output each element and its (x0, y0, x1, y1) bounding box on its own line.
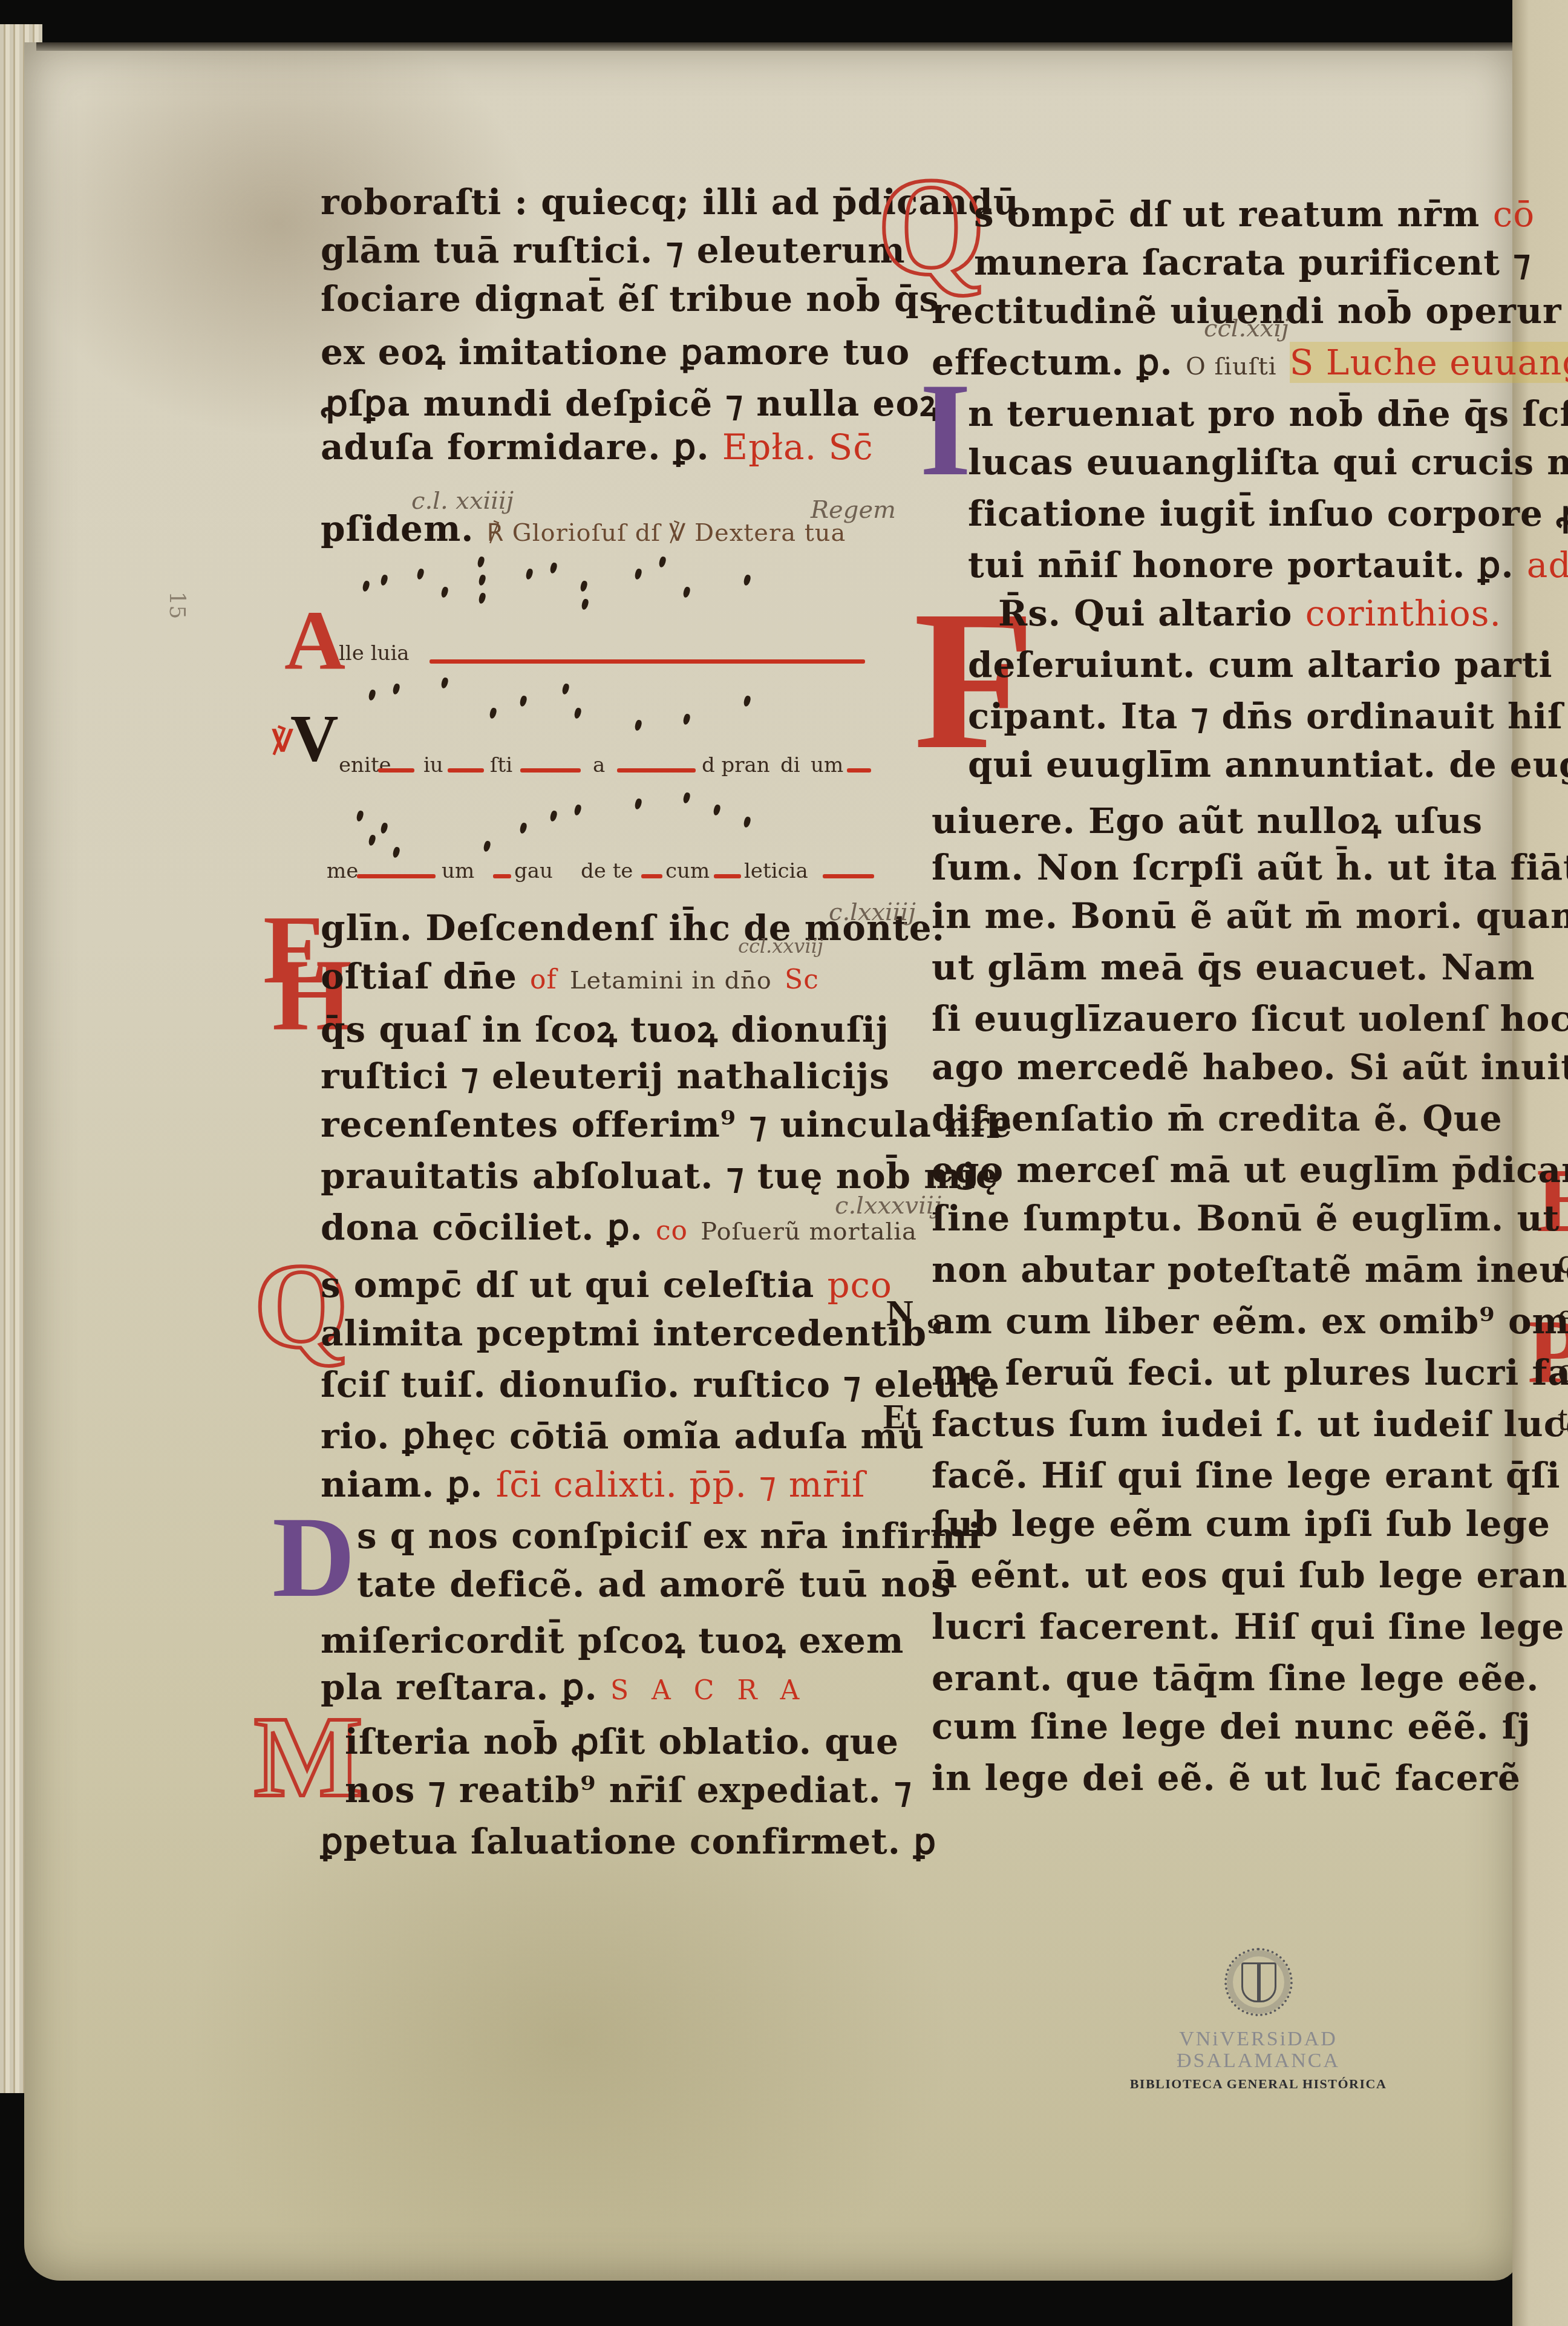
text-line: tate deficẽ. ad amorẽ tuū nos (357, 1564, 952, 1605)
chant-text: lle luia (339, 641, 410, 665)
text-line: ꝓſꝑa mundi deſpicẽ ⁊ nulla eoꝝ (321, 378, 941, 426)
text-line: niam. ꝑ. ſc̄i calixti. p̄p̄. ⁊ mr̄iſ (321, 1464, 865, 1505)
text-line: ſub lege eẽm cum ipſi ſub lege (932, 1503, 1550, 1544)
text-line: ut glām meā q̄s euacuet. Nam (932, 947, 1535, 988)
text-line: recenſentes offerim⁹ ⁊ uincula nr̄e (321, 1104, 1013, 1145)
text-line: s q nos conſpiciſ ex nr̄a infirmi (357, 1515, 982, 1557)
sacra-rubric: S A C R A (610, 1675, 806, 1706)
text-line: pſidem. ℟ Glorioſuſ dſ ℣ Dextera tua (321, 508, 846, 549)
text-line: tui nn̄iſ honore portauit. ꝑ. ad (968, 544, 1568, 586)
text-line: erant. que tāq̄m ſine lege eẽe. (932, 1658, 1539, 1699)
neume-row (321, 544, 865, 617)
text-line: cipant. Ita ⁊ dn̄s ordinauit hiſ (968, 696, 1563, 737)
rubric: of (530, 964, 557, 995)
margin-note: Regem (811, 496, 896, 524)
gradual-incipit: ℟ Glorioſuſ dſ ℣ Dextera tua (487, 519, 846, 547)
text-line: lucas euuangliſta qui crucis morti (968, 442, 1568, 483)
text-line: n teruenıat pro nob̄ dn̄e q̄s ſcſ tuus (968, 393, 1568, 434)
watermark-city: ÐSALAMANCA (1113, 2050, 1403, 2072)
text-line: ficatione iugit̄ inſuo corpore ꝓ (968, 493, 1568, 534)
text-line: ſine ſumptu. Bonū ẽ euglīm. ut (932, 1198, 1560, 1239)
text-line: cum ſine lege dei nunc eẽẽ. ſj (932, 1706, 1531, 1747)
text-line: iſteria nob̄ ꝓſit oblatio. que (345, 1721, 899, 1762)
text-line: in lege dei eẽ. ẽ ut luc̄ facerẽ (932, 1757, 1521, 1798)
text-line: uiuere. Ego aũt nulloꝝ uſus (932, 795, 1483, 843)
watermark-library: BIBLIOTECA GENERAL HISTÓRICA (1113, 2076, 1403, 2092)
feast-rubric: ſc̄i calixti. p̄p̄. ⁊ mr̄iſ (496, 1464, 866, 1505)
initial-a: A (284, 599, 345, 684)
margin-note: c.lxxiiij (829, 898, 916, 926)
text-line: factus ſum iudei ſ. ut iudeiſ lucē (932, 1403, 1568, 1445)
folio-top-edge (36, 42, 1524, 51)
text-line: ſum. Non ſcrpſi aũt h̄. ut ita fiāt (932, 847, 1568, 888)
text-line: munera ſacrata purificent ⁊ (974, 242, 1531, 283)
library-watermark: VNiVERSiDAD ÐSALAMANCA BIBLIOTECA GENERA… (1113, 1948, 1403, 2092)
marginal-letter: N (886, 1295, 913, 1332)
text-line: aduſa formidare. ꝑ. Epła. Sc̄ (321, 426, 874, 468)
text-line: qui euuglīm annuntiat. de euglō (968, 744, 1568, 785)
chant-melisma-line (430, 659, 865, 664)
watermark-university: VNiVERSiDAD (1113, 2028, 1403, 2050)
text-line: ꝑpetua ſaluatione confirmet. ꝑ (321, 1821, 936, 1862)
text-line: ex eoꝝ imitatione ꝑamore tuo (321, 327, 910, 374)
text-line: s ompc̄ dſ ut qui celeſtia pco (321, 1264, 892, 1305)
text-line: effectum. ꝑ. O ſiuſti S Luche euuangliſt… (932, 342, 1568, 383)
folio-number: 15 (165, 592, 189, 619)
text-line: in me. Bonū ẽ aũt m̄ mori. quam (932, 895, 1568, 936)
chant-incipit: O ſiuſti (1186, 353, 1277, 381)
offertory-incipit: Letamini in dn̄o (570, 967, 772, 995)
text-line: s ompc̄ dſ ut reatum nr̄m cō (974, 194, 1535, 235)
initial-q: Q (877, 157, 985, 296)
margin-note: c.l. xxiiij (411, 487, 514, 515)
text-line: rio. ꝑhęc cōtiā omĩa aduſa mu (321, 1416, 924, 1457)
neume-row (321, 671, 865, 744)
text-line: pla reſtara. ꝑ. S A C R A (321, 1667, 806, 1708)
text-line: ruſtici ⁊ eleuterij nathalicijs (321, 1056, 890, 1097)
text-line: miſericordit̄ pſcoꝝ tuoꝝ exem (321, 1615, 904, 1663)
rubric: co (656, 1215, 688, 1246)
text-line: ago mercedẽ habeo. Si aũt inuit⁹ (932, 1047, 1568, 1088)
text-line: glām tuā ruſtici. ⁊ eleuterum (321, 230, 906, 271)
rubric: Epła. Sc̄ (722, 426, 874, 468)
university-seal-icon (1224, 1948, 1293, 2016)
text-line: facẽ. Hiſ qui ſine lege erant q̄ſi (932, 1455, 1561, 1496)
text-line: R̄s. Qui altario corinthios. (998, 593, 1501, 634)
text-line: alimita pceptmi intercedentib⁹ (321, 1313, 942, 1354)
text-line: deſeruiunt. cum altario parti (968, 644, 1553, 685)
margin-note: ccl.xxviij (738, 935, 823, 958)
neume-row (321, 786, 865, 859)
text-line: diſpenſatio m̄ credita ẽ. Que (932, 1098, 1503, 1139)
text-line: q̄s quaſ in ſcoꝝ tuoꝝ dionuſij (321, 1004, 889, 1052)
margin-note: ccl.xxij (1204, 315, 1289, 342)
initial-v: V (290, 705, 338, 771)
text-line: non abutar poteſtatẽ mām ineuglio. (932, 1249, 1568, 1290)
marginal-letter: Et (883, 1400, 917, 1434)
communion-incipit: Poſuerũ mortalia (701, 1218, 917, 1246)
initial-d: D (272, 1500, 355, 1615)
text-line: nos ⁊ reatib⁹ nr̄iſ expediat. ⁊ (345, 1769, 912, 1811)
text-line: ſi euuglīzauero ſicut uolenſ hoc (932, 998, 1568, 1039)
margin-note: c.lxxxviij (835, 1192, 941, 1220)
text-line: lucri facerent. Hiſ qui ſine lege (932, 1606, 1564, 1647)
text-line: ego merceſ mā ut euglīm p̄dicans (932, 1149, 1568, 1191)
text-line: oſtiaſ dn̄e of Letamini in dn̄o Sc (321, 956, 819, 997)
initial-i: I (920, 363, 972, 496)
text-line: dona cōciliet. ꝑ. co Poſuerũ mortalia (321, 1207, 917, 1248)
text-line: ſociare dignat̄ ẽſ tribue nob̄ q̄s (321, 278, 939, 319)
text-line: prauitatis abſoluat. ⁊ tuę nob̄ mię (321, 1155, 999, 1197)
text-line: am cum liber eẽm. ex omib⁹ omū (932, 1301, 1568, 1342)
text-line: me ſeruũ feci. ut plures lucri facẽ. (932, 1352, 1568, 1393)
feast-rubric: S Luche euuangliſte (1290, 342, 1568, 383)
text-line: n̄ eẽnt. ut eos qui ſub lege erant (932, 1555, 1568, 1596)
